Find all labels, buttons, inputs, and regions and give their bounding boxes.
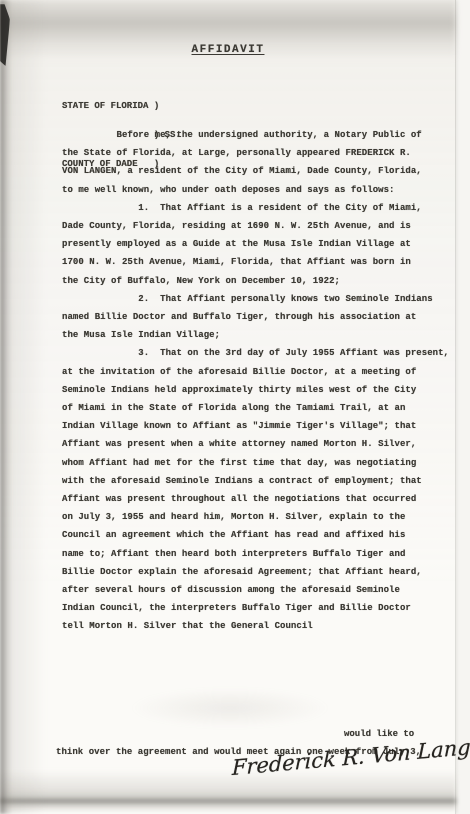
document-line: name to; Affiant then heard both interpr…: [62, 545, 449, 563]
document-line: Before me, the undersigned authority, a …: [62, 126, 449, 144]
document-line: Indian Council, the interpreters Buffalo…: [62, 599, 449, 617]
document-line: tell Morton H. Silver that the General C…: [62, 617, 449, 635]
venue-state-line: STATE OF FLORIDA ): [62, 102, 181, 112]
document-line: 1700 N. W. 25th Avenue, Miami, Florida, …: [62, 253, 449, 271]
affidavit-page: AFFIDAVIT STATE OF FLORIDA ) ) SS. COUNT…: [0, 0, 456, 814]
document-line: presently employed as a Guide at the Mus…: [62, 235, 449, 253]
affidavit-body: Before me, the undersigned authority, a …: [62, 126, 449, 636]
document-line: Seminole Indians held approximately thir…: [62, 381, 449, 399]
document-line: after several hours of discussion among …: [62, 581, 449, 599]
document-line: Indian Village known to Affiant as "Jimm…: [62, 417, 449, 435]
document-line: whom Affiant had met for the first time …: [62, 454, 449, 472]
continuation-fragment-right: would like to: [344, 729, 414, 739]
scan-left-edge-shadow: [0, 0, 12, 814]
document-line: 2. That Affiant personally knows two Sem…: [62, 290, 449, 308]
document-line: Council an agreement which the Affiant h…: [62, 526, 449, 544]
document-line: Dade County, Florida, residing at 1690 N…: [62, 217, 449, 235]
document-line: to me well known, who under oath deposes…: [62, 181, 449, 199]
document-line: of Miami in the State of Florida along t…: [62, 399, 449, 417]
document-line: the City of Buffalo, New York on Decembe…: [62, 272, 449, 290]
document-line: 1. That Affiant is a resident of the Cit…: [62, 199, 449, 217]
document-line: Affiant was present when a white attorne…: [62, 435, 449, 453]
document-line: with the aforesaid Seminole Indians a co…: [62, 472, 449, 490]
scan-smudge-bottom: [0, 770, 456, 810]
document-line: the Musa Isle Indian Village;: [62, 326, 449, 344]
scan-smudge-blob: [130, 688, 330, 728]
document-title: AFFIDAVIT: [0, 44, 456, 56]
document-line: on July 3, 1955 and heard him, Morton H.…: [62, 508, 449, 526]
scan-smudge-streak: [0, 799, 456, 803]
document-line: VON LANGEN, a resident of the City of Mi…: [62, 162, 449, 180]
document-line: at the invitation of the aforesaid Billi…: [62, 363, 449, 381]
document-line: the State of Florida, at Large, personal…: [62, 144, 449, 162]
document-line: Affiant was present throughout all the n…: [62, 490, 449, 508]
document-line: named Billie Doctor and Buffalo Tiger, t…: [62, 308, 449, 326]
document-line: 3. That on the 3rd day of July 1955 Affi…: [62, 344, 449, 362]
document-line: Billie Doctor explain the aforesaid Agre…: [62, 563, 449, 581]
